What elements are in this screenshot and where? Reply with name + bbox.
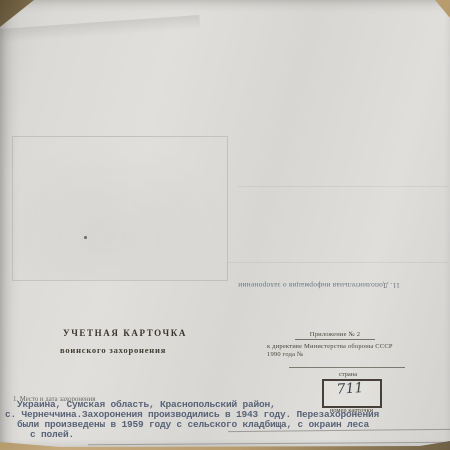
show-through-line	[228, 262, 448, 263]
upside-down-show-through-text: 11. Дополнительная информация о захороне…	[213, 281, 425, 290]
scanned-document-photo: 11. Дополнительная информация о захороне…	[0, 0, 450, 450]
show-through-line	[238, 186, 448, 187]
card-subtitle: воинского захоронения	[60, 345, 166, 355]
country-field-label: страна	[318, 371, 378, 378]
appendix-year-line: 1990 года №	[267, 351, 417, 358]
appendix-blank-line	[289, 367, 405, 368]
card-title: УЧЕТНАЯ КАРТОЧКА	[63, 328, 187, 338]
faded-photo-area	[12, 136, 228, 281]
paper-speck	[84, 236, 87, 239]
typed-location-line-4: с полей.	[30, 429, 74, 440]
appendix-directive-line: к директиве Министерства обороны СССР	[267, 343, 417, 350]
appendix-heading: Приложение № 2	[295, 331, 375, 340]
